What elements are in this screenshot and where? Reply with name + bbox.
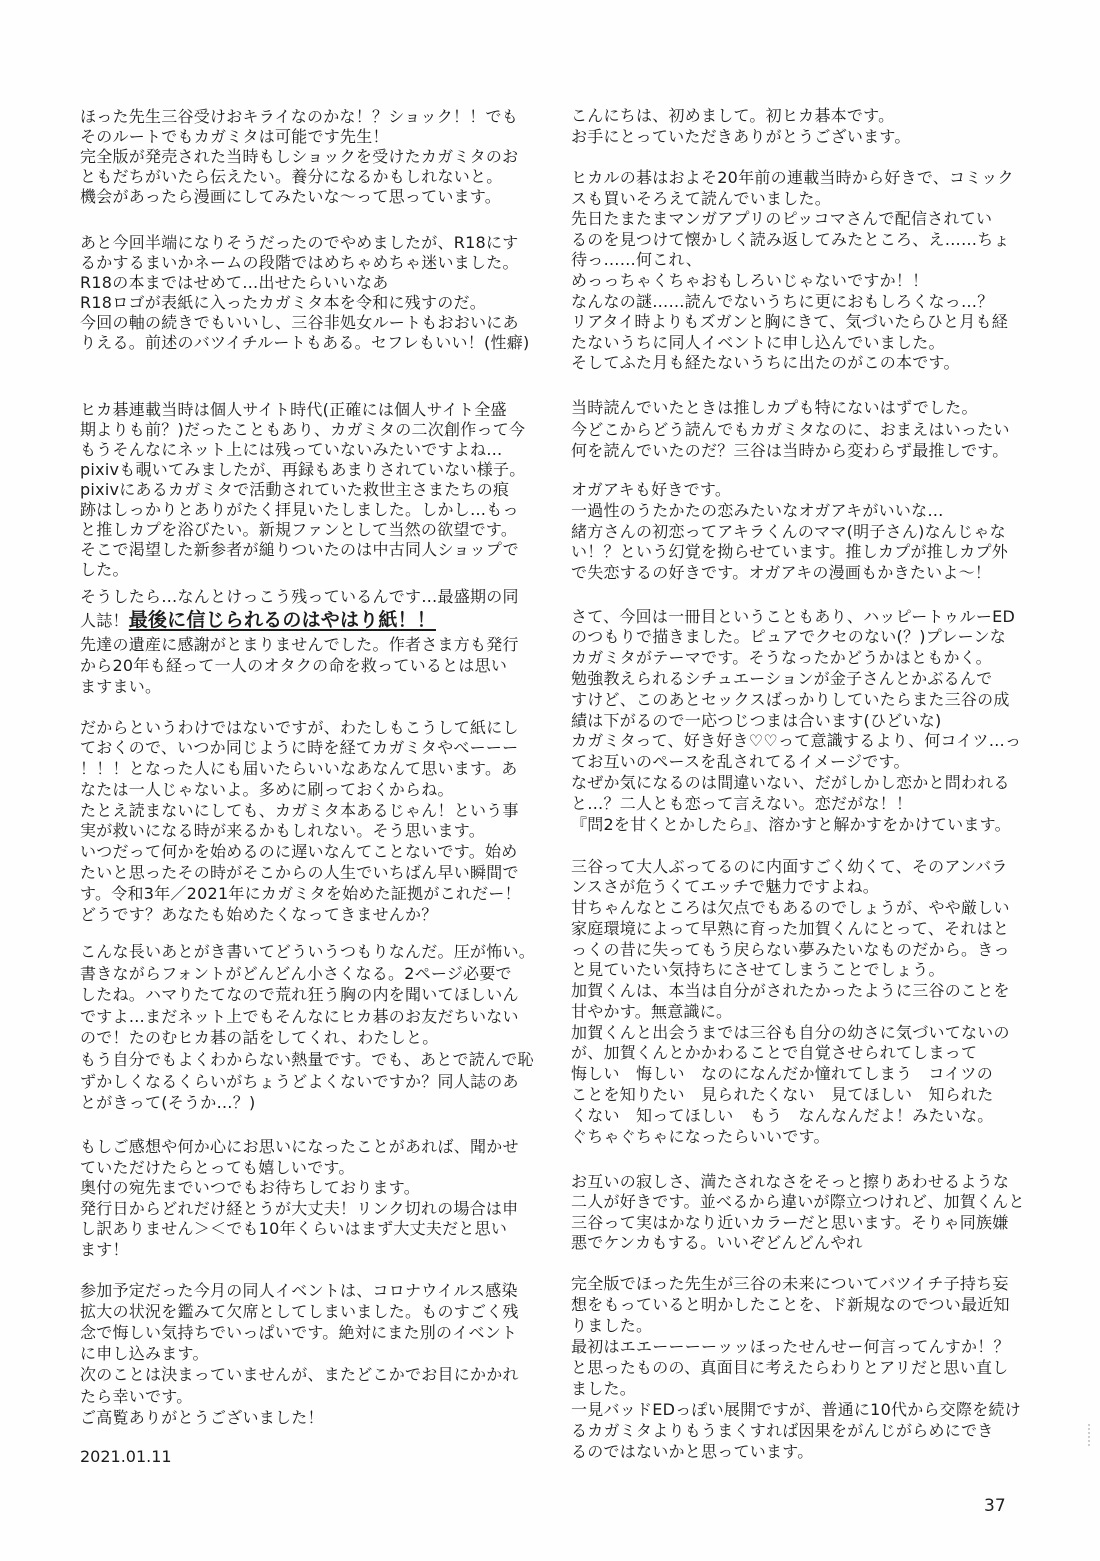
- text-line: ほった先生三谷受けおキライなのかな！？ショック！！でも: [80, 107, 518, 127]
- text-line: そこで渇望した新参者が縋りついたのは中古同人ショップで: [80, 540, 526, 560]
- text-line: そのルートでもカガミタは可能です先生！: [80, 127, 518, 147]
- text-line: どうです？あなたも始めたくなってきませんか？: [80, 905, 521, 926]
- text-line: くない 知ってほしい もう なんなんだよ！みたいな。: [571, 1106, 1010, 1127]
- text-line: ですよ…まだネット上でもそんなにヒカ碁のお友だちいない: [80, 1006, 535, 1028]
- text-line: ますまい。: [80, 676, 526, 697]
- text-line: 二人が好きです。並べるから違いが際立つけれど、加賀くんと: [571, 1192, 1025, 1212]
- date-stamp: 2021.01.11: [80, 1446, 172, 1467]
- text-line: R18の本まではせめて…出せたらいいなあ: [80, 273, 530, 293]
- text-line: ！！！となった人にも届いたらいいなあなんて思います。あ: [80, 759, 521, 780]
- text-line: し訳ありません＞＜でも10年くらいはまず大丈夫だと思い: [80, 1219, 519, 1240]
- text-line: いつだって何かを始めるのに遅いなんてことないです。始め: [80, 842, 521, 863]
- text-line: すけど、このあとセックスばっかりしていたらまた三谷の成: [571, 690, 1021, 711]
- text-line: 今回の軸の続きでもいいし、三谷非処女ルートもおおいにあ: [80, 313, 530, 333]
- text-line: 甘やかす。無意識に。: [571, 1002, 1010, 1023]
- text-line: ヒカ碁連載当時は個人サイト時代(正確には個人サイト全盛: [80, 400, 526, 420]
- text-line: 何を読んでいたのだ？三谷は当時から変わらず最推しです。: [571, 440, 1010, 462]
- text-line: 『問2を甘くとかしたら』、溶かすと解かすをかけています。: [571, 815, 1021, 836]
- emphasized-text-line: 人誌！最後に信じられるのはやはり紙！！: [80, 607, 526, 634]
- paragraph: お互いの寂しさ、満たされなさをそっと擦りあわせるような 二人が好きです。並べるか…: [571, 1172, 1025, 1254]
- text-line: そうしたら…なんとけっこう残っているんです…最盛期の同: [80, 587, 526, 607]
- text-line: たないうちに同人イベントに申し込んでいました。: [571, 333, 1014, 354]
- paragraph: さて、今回は一冊目ということもあり、ハッピートゥルーED のつもりで描きました。…: [571, 607, 1021, 836]
- text-line: 書きながらフォントがどんどん小さくなる。2ページ必要で: [80, 963, 535, 985]
- text-line: るかするまいかネームの段階ではめちゃめちゃ迷いました。: [80, 253, 530, 273]
- text-line: 機会があったら漫画にしてみたいな～って思っています。: [80, 187, 518, 207]
- paragraph: もしご感想や何か心にお思いになったことがあれば、聞かせ ていただけたらとっても嬉…: [80, 1137, 519, 1261]
- text-line: 甘ちゃんなところは欠点でもあるのでしょうが、やや厳しい: [571, 898, 1010, 919]
- text-line: 念で悔しい気持ちでいっぱいです。絶対にまた別のイベント: [80, 1322, 519, 1343]
- text-line: 奥付の宛先までいつでもお待ちしております。: [80, 1178, 519, 1199]
- text-line: カガミタって、好き好き♡♡って意識するより、何コイツ…っ: [571, 731, 1021, 752]
- paragraph: ヒカルの碁はおよそ20年前の連載当時から好きで、コミック スも買いそろえて読んで…: [571, 168, 1014, 374]
- text-line: スも買いそろえて読んでいました。: [571, 189, 1014, 210]
- text-line: 実が救いになる時が来るかもしれない。そう思います。: [80, 821, 521, 842]
- text-line: めっっちゃくちゃおもしろいじゃないですか！！: [571, 271, 1014, 292]
- text-line: 三谷って大人ぶってるのに内面すごく幼くて、そのアンバラ: [571, 857, 1010, 878]
- paragraph: 完全版でほった先生が三谷の未来についてバツイチ子持ち妄 想をもっていると明かした…: [571, 1273, 1021, 1463]
- text-line: お手にとっていただきありがとうございます。: [571, 126, 911, 147]
- paragraph: 三谷って大人ぶってるのに内面すごく幼くて、そのアンバラ ンスさが危うくてエッチで…: [571, 857, 1010, 1148]
- text-line: が、加賀くんとかかわることで自覚させられてしまって: [571, 1043, 1010, 1064]
- text-line: 当時読んでいたときは推しカプも特にないはずでした。: [571, 397, 1010, 419]
- line-prefix: 人誌！: [80, 611, 129, 630]
- text-line: と見ていたい気持ちにさせてしまうことでしょう。: [571, 960, 1010, 981]
- text-line: と推しカプを浴びたい。新規ファンとして当然の欲望です。: [80, 520, 526, 540]
- text-line: 家庭環境によって早熟に育った加賀くんにとって、それはと: [571, 919, 1010, 940]
- text-line: カガミタがテーマです。そうなったかどうかはともかく。: [571, 648, 1021, 669]
- paragraph: だからというわけではないですが、わたしもこうして紙にし ておくので、いつか同じよ…: [80, 718, 521, 926]
- paragraph: ほった先生三谷受けおキライなのかな！？ショック！！でも そのルートでもカガミタは…: [80, 107, 518, 207]
- left-column: ほった先生三谷受けおキライなのかな！？ショック！！でも そのルートでもカガミタは…: [80, 0, 540, 1561]
- text-line: そしてふた月も経たないうちに出たのがこの本です。: [571, 353, 1014, 374]
- paragraph: 当時読んでいたときは推しカプも特にないはずでした。 今どこからどう読んでもカガミ…: [571, 397, 1010, 462]
- document-page: ほった先生三谷受けおキライなのかな！？ショック！！でも そのルートでもカガミタは…: [0, 0, 1100, 1561]
- paragraph: ヒカ碁連載当時は個人サイト時代(正確には個人サイト全盛 期よりも前？)だったこと…: [80, 400, 526, 697]
- text-line: pixivにあるカガミタで活動されていた救世主さまたちの痕: [80, 480, 526, 500]
- text-line: 三谷って実はかなり近いカラーだと思います。そりゃ同族嫌: [571, 1213, 1025, 1233]
- text-line: さて、今回は一冊目ということもあり、ハッピートゥルーED: [571, 607, 1021, 628]
- text-line: 勉強教えられるシチュエーションが金子さんとかぶるんで: [571, 669, 1021, 690]
- text-line: R18ロゴが表紙に入ったカガミタ本を令和に残すのだ。: [80, 293, 530, 313]
- paragraph: あと今回半端になりそうだったのでやめましたが、R18にす るかするまいかネームの…: [80, 233, 530, 353]
- text-line: 先達の遺産に感謝がとまりませんでした。作者さま方も発行: [80, 634, 526, 655]
- paragraph: こんにちは、初めまして。初ヒカ碁本です。 お手にとっていただきありがとうございま…: [571, 105, 911, 147]
- text-line: もうそんなにネット上には残っていないみたいですよね…: [80, 440, 526, 460]
- text-line: 待っ……何これ、: [571, 250, 1014, 271]
- text-line: りえる。前述のバツイチルートもある。セフレもいい！(性癖): [80, 333, 530, 353]
- text-line: オガアキも好きです。: [571, 480, 1008, 501]
- text-line: と思ったものの、真面目に考えたらわりとアリだと思い直し: [571, 1357, 1021, 1378]
- text-line: あと今回半端になりそうだったのでやめましたが、R18にす: [80, 233, 530, 253]
- text-line: 績は下がるので一応つじつまは合います(ひどいな): [571, 711, 1021, 732]
- text-line: 最初はエエーーーーッッほったせんせー何言ってんすか！？: [571, 1336, 1021, 1357]
- text-line: っくの昔に失ってもう戻らない夢みたいなものだから。きっ: [571, 940, 1010, 961]
- text-line: 参加予定だった今月の同人イベントは、コロナウイルス感染: [80, 1280, 519, 1301]
- text-line: 今どこからどう読んでもカガミタなのに、おまえはいったい: [571, 419, 1010, 441]
- text-line: 期よりも前？)だったこともあり、カガミタの二次創作って今: [80, 420, 526, 440]
- text-line: ともだちがいたら伝えたい。養分になるかもしれないと。: [80, 167, 518, 187]
- text-line: ていただけたらとっても嬉しいです。: [80, 1158, 519, 1179]
- text-line: なぜか気になるのは間違いない、だがしかし恋かと問われる: [571, 773, 1021, 794]
- paragraph: オガアキも好きです。 一過性のうたかたの恋みたいなオガアキがいいな… 緒方さんの…: [571, 480, 1008, 584]
- paragraph: こんな長いあとがき書いてどういうつもりなんだ。圧が怖い。 書きながらフォントがど…: [80, 941, 535, 1114]
- text-line: した。: [80, 560, 526, 580]
- text-line: 一見バッドEDっぽい展開ですが、普通に10代から交際を続け: [571, 1399, 1021, 1420]
- text-line: こんにちは、初めまして。初ヒカ碁本です。: [571, 105, 911, 126]
- text-line: 加賀くんと出会うまでは三谷も自分の幼さに気づいてないの: [571, 1023, 1010, 1044]
- text-line: たら幸いです。: [80, 1386, 519, 1407]
- text-line: ました。: [571, 1378, 1021, 1399]
- text-line: 完全版でほった先生が三谷の未来についてバツイチ子持ち妄: [571, 1273, 1021, 1294]
- underlined-emphasis: 最後に信じられるのはやはり紙！！: [129, 609, 436, 631]
- text-line: ヒカルの碁はおよそ20年前の連載当時から好きで、コミック: [571, 168, 1014, 189]
- text-line: りました。: [571, 1315, 1021, 1336]
- text-line: 一過性のうたかたの恋みたいなオガアキがいいな…: [571, 501, 1008, 522]
- text-line: す。令和3年／2021年にカガミタを始めた証拠がこれだー！: [80, 884, 521, 905]
- text-line: てお互いのペースを乱されてるイメージです。: [571, 752, 1021, 773]
- text-line: pixivも覗いてみましたが、再録もあまりされていない様子。: [80, 460, 526, 480]
- text-line: もう自分でもよくわからない熱量です。でも、あとで読んで恥: [80, 1049, 535, 1071]
- text-line: もしご感想や何か心にお思いになったことがあれば、聞かせ: [80, 1137, 519, 1158]
- text-line: お互いの寂しさ、満たされなさをそっと擦りあわせるような: [571, 1172, 1025, 1192]
- text-line: したね。ハマりたてなので荒れ狂う胸の内を聞いてほしいん: [80, 984, 535, 1006]
- text-line: るのを見つけて懐かしく読み返してみたところ、え……ちょ: [571, 230, 1014, 251]
- text-line: なんなの謎……読んでないうちに更におもしろくなっ…？: [571, 292, 1014, 313]
- text-line: リアタイ時よりもズガンと胸にきて、気づいたらひと月も経: [571, 312, 1014, 333]
- text-line: 緒方さんの初恋ってアキラくんのママ(明子さん)なんじゃな: [571, 522, 1008, 543]
- text-line: い！？という幻覚を拗らせています。推しカプが推しカプ外: [571, 542, 1008, 563]
- text-line: 発行日からどれだけ経とうが大丈夫！リンク切れの場合は申: [80, 1199, 519, 1220]
- text-line: るカガミタよりもうまくすれば因果をがんじがらめにでき: [571, 1420, 1021, 1441]
- right-column: こんにちは、初めまして。初ヒカ碁本です。 お手にとっていただきありがとうございま…: [571, 0, 1041, 1561]
- text-line: 加賀くんは、本当は自分がされたかったように三谷のことを: [571, 981, 1010, 1002]
- text-line: 先日たまたまマンガアプリのピッコマさんで配信されてい: [571, 209, 1014, 230]
- text-line: ご高覧ありがとうございました！: [80, 1407, 519, 1428]
- text-line: 完全版が発売された当時もしショックを受けたカガミタのお: [80, 147, 518, 167]
- text-line: ぐちゃぐちゃになったらいいです。: [571, 1127, 1010, 1148]
- text-line: のつもりで描きました。ピュアでクセのない(？)プレーンな: [571, 627, 1021, 648]
- text-line: だからというわけではないですが、わたしもこうして紙にし: [80, 718, 521, 739]
- text-line: ずかしくなるくらいがちょうどよくないですか？同人誌のあ: [80, 1071, 535, 1093]
- text-line: こんな長いあとがき書いてどういうつもりなんだ。圧が怖い。: [80, 941, 535, 963]
- text-line: 拡大の状況を鑑みて欠席としてしまいました。ものすごく残: [80, 1301, 519, 1322]
- paragraph: 参加予定だった今月の同人イベントは、コロナウイルス感染 拡大の状況を鑑みて欠席と…: [80, 1280, 519, 1428]
- text-line: 想をもっていると明かしたことを、ド新規なのでつい最近知: [571, 1294, 1021, 1315]
- text-line: に申し込みます。: [80, 1343, 519, 1364]
- text-line: と…？二人とも恋って言えない。恋だがな！！: [571, 794, 1021, 815]
- text-line: ので！たのむヒカ碁の話をしてくれ、わたしと。: [80, 1027, 535, 1049]
- text-line: 悔しい 悔しい なのになんだか憧れてしまう コイツの: [571, 1064, 1010, 1085]
- text-line: とがきって(そうか…？): [80, 1092, 535, 1114]
- text-line: 悪でケンカもする。いいぞどんどんやれ: [571, 1233, 1025, 1253]
- text-line: ことを知りたい 見られたくない 見てほしい 知られた: [571, 1085, 1010, 1106]
- text-line: るのではないかと思っています。: [571, 1441, 1021, 1462]
- text-line: ます！: [80, 1240, 519, 1261]
- page-number: 37: [984, 1496, 1006, 1516]
- text-line: たいと思ったその時がそこからの人生でいちばん早い瞬間で: [80, 863, 521, 884]
- text-line: から20年も経って一人のオタクの命を救っているとは思い: [80, 655, 526, 676]
- text-line: 次のことは決まっていませんが、またどこかでお目にかかれ: [80, 1364, 519, 1385]
- scan-bleed-mark: [1088, 1424, 1096, 1446]
- text-line: ておくので、いつか同じように時を経てカガミタやべーーー: [80, 738, 521, 759]
- text-line: ンスさが危うくてエッチで魅力ですよね。: [571, 877, 1010, 898]
- text-line: 跡はしっかりとありがたく拝見いたしました。しかし…もっ: [80, 500, 526, 520]
- text-line: たとえ読まないにしても、カガミタ本あるじゃん！という事: [80, 801, 521, 822]
- text-line: で失恋するの好きです。オガアキの漫画もかきたいよ～！: [571, 563, 1008, 584]
- text-line: なたは一人じゃないよ。多めに刷っておくからね。: [80, 780, 521, 801]
